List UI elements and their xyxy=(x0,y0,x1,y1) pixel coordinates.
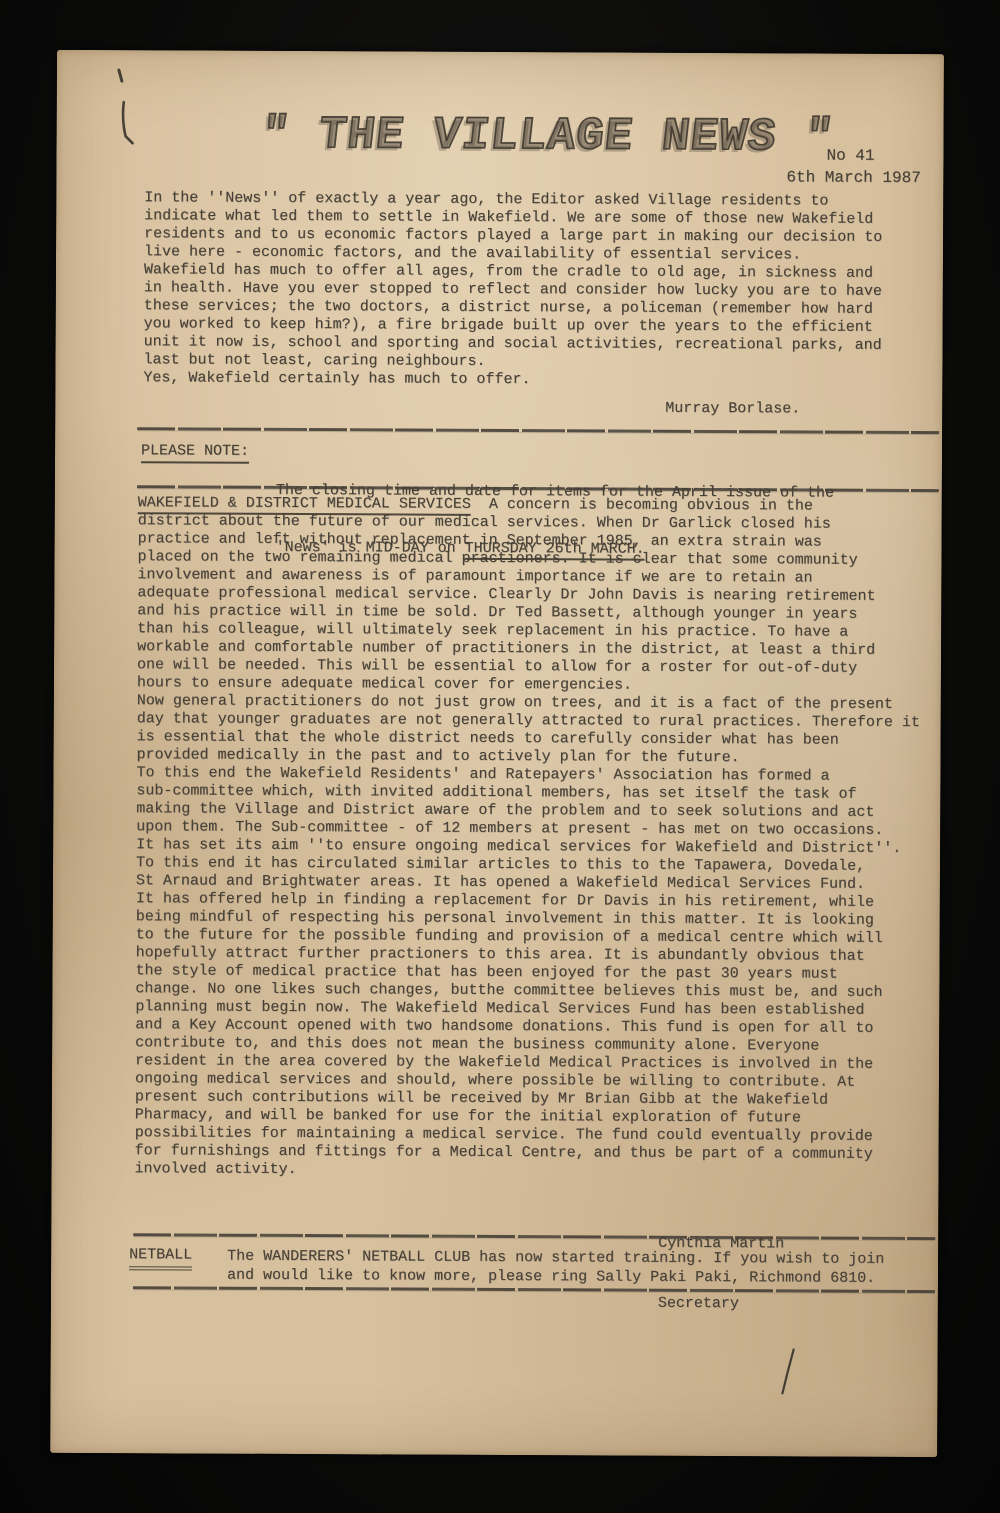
netball-section: NETBALL The WANDERERS' NETBALL CLUB has … xyxy=(129,1246,884,1288)
ink-slash-mark xyxy=(776,1345,800,1399)
pen-tick-mark xyxy=(111,64,145,148)
masthead-title: " THE VILLAGE NEWS " xyxy=(259,109,837,164)
photo-background: { "masthead": { "title": "\" THE VILLAGE… xyxy=(0,0,1000,1513)
medical-first-line-rest: A concern is becoming obvious in the xyxy=(471,496,813,515)
netball-label: NETBALL xyxy=(129,1246,192,1270)
medical-signature-role: Secretary xyxy=(658,1294,784,1315)
intro-signature: Murray Borlase. xyxy=(665,400,800,419)
netball-body: The WANDERERS' NETBALL CLUB has now star… xyxy=(227,1247,884,1288)
issue-number: No 41 xyxy=(826,146,874,166)
medical-services-article: WAKEFIELD & DISTRICT MEDICAL SERVICES A … xyxy=(134,494,920,1182)
issue-date: 6th March 1987 xyxy=(786,167,921,188)
divider-rule-top-notice xyxy=(137,427,939,434)
intro-article-body: In the ''News'' of exactly a year ago, t… xyxy=(143,189,882,391)
notice-label: PLEASE NOTE: xyxy=(141,442,249,464)
divider-rule-top-netball xyxy=(133,1233,935,1240)
newsletter-page: " THE VILLAGE NEWS " No 41 6th March 198… xyxy=(50,50,944,1457)
medical-article-body: district about the future of our medical… xyxy=(134,512,920,1182)
